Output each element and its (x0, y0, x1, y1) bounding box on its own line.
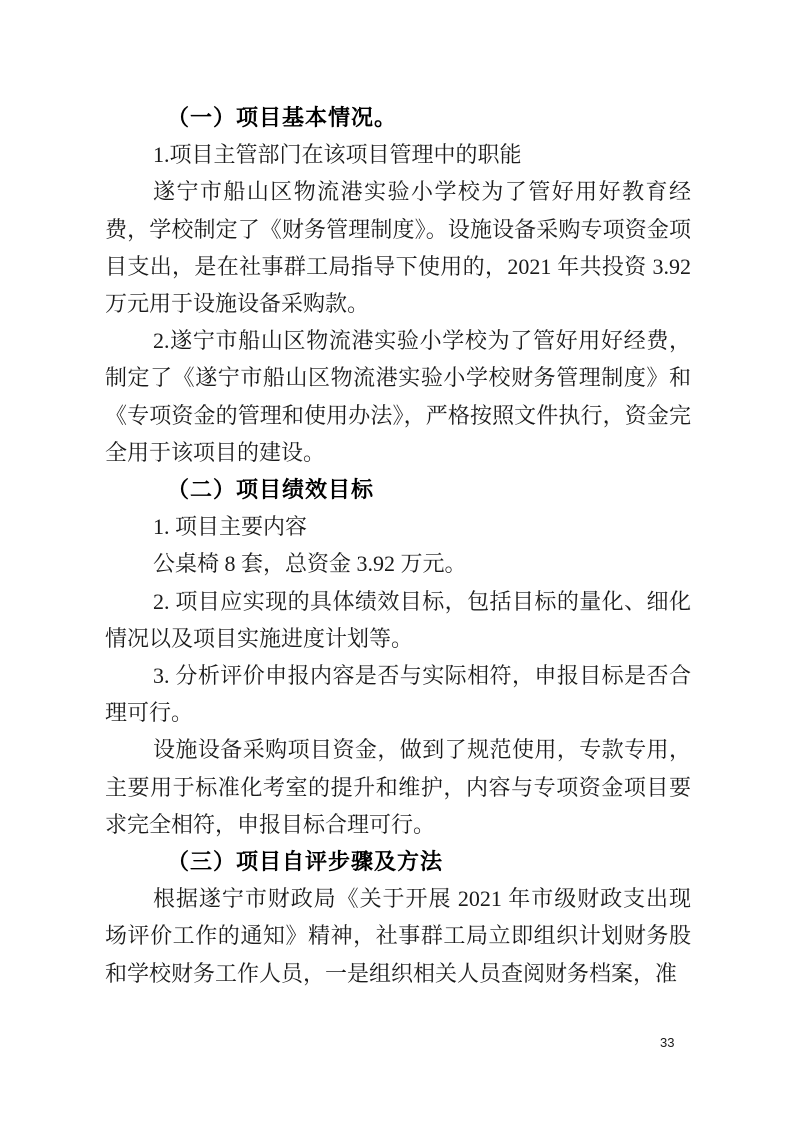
page-number: 33 (660, 1035, 674, 1050)
body-paragraph: 2. 项目应实现的具体绩效目标，包括目标的量化、细化情况以及项目实施进度计划等。 (105, 583, 691, 657)
body-paragraph: 2.遂宁市船山区物流港实验小学校为了管好用好经费，制定了《遂宁市船山区物流港实验… (105, 322, 691, 471)
body-paragraph: 公桌椅 8 套，总资金 3.92 万元。 (105, 545, 691, 582)
section-heading-2: （二）项目绩效目标 (105, 471, 691, 508)
body-paragraph: 遂宁市船山区物流港实验小学校为了管好用好教育经费，学校制定了《财务管理制度》。设… (105, 173, 691, 322)
section-heading-1: （一）项目基本情况。 (105, 99, 691, 136)
section-heading-3: （三）项目自评步骤及方法 (105, 843, 691, 880)
body-paragraph: 根据遂宁市财政局《关于开展 2021 年市级财政支出现场评价工作的通知》精神，社… (105, 880, 691, 992)
body-paragraph: 1. 项目主要内容 (105, 508, 691, 545)
body-paragraph: 设施设备采购项目资金，做到了规范使用，专款专用，主要用于标准化考室的提升和维护，… (105, 731, 691, 843)
document-body: （一）项目基本情况。 1.项目主管部门在该项目管理中的职能 遂宁市船山区物流港实… (105, 99, 691, 992)
body-paragraph: 3. 分析评价申报内容是否与实际相符，申报目标是否合理可行。 (105, 657, 691, 731)
body-paragraph: 1.项目主管部门在该项目管理中的职能 (105, 136, 691, 173)
document-page: （一）项目基本情况。 1.项目主管部门在该项目管理中的职能 遂宁市船山区物流港实… (0, 0, 793, 1122)
